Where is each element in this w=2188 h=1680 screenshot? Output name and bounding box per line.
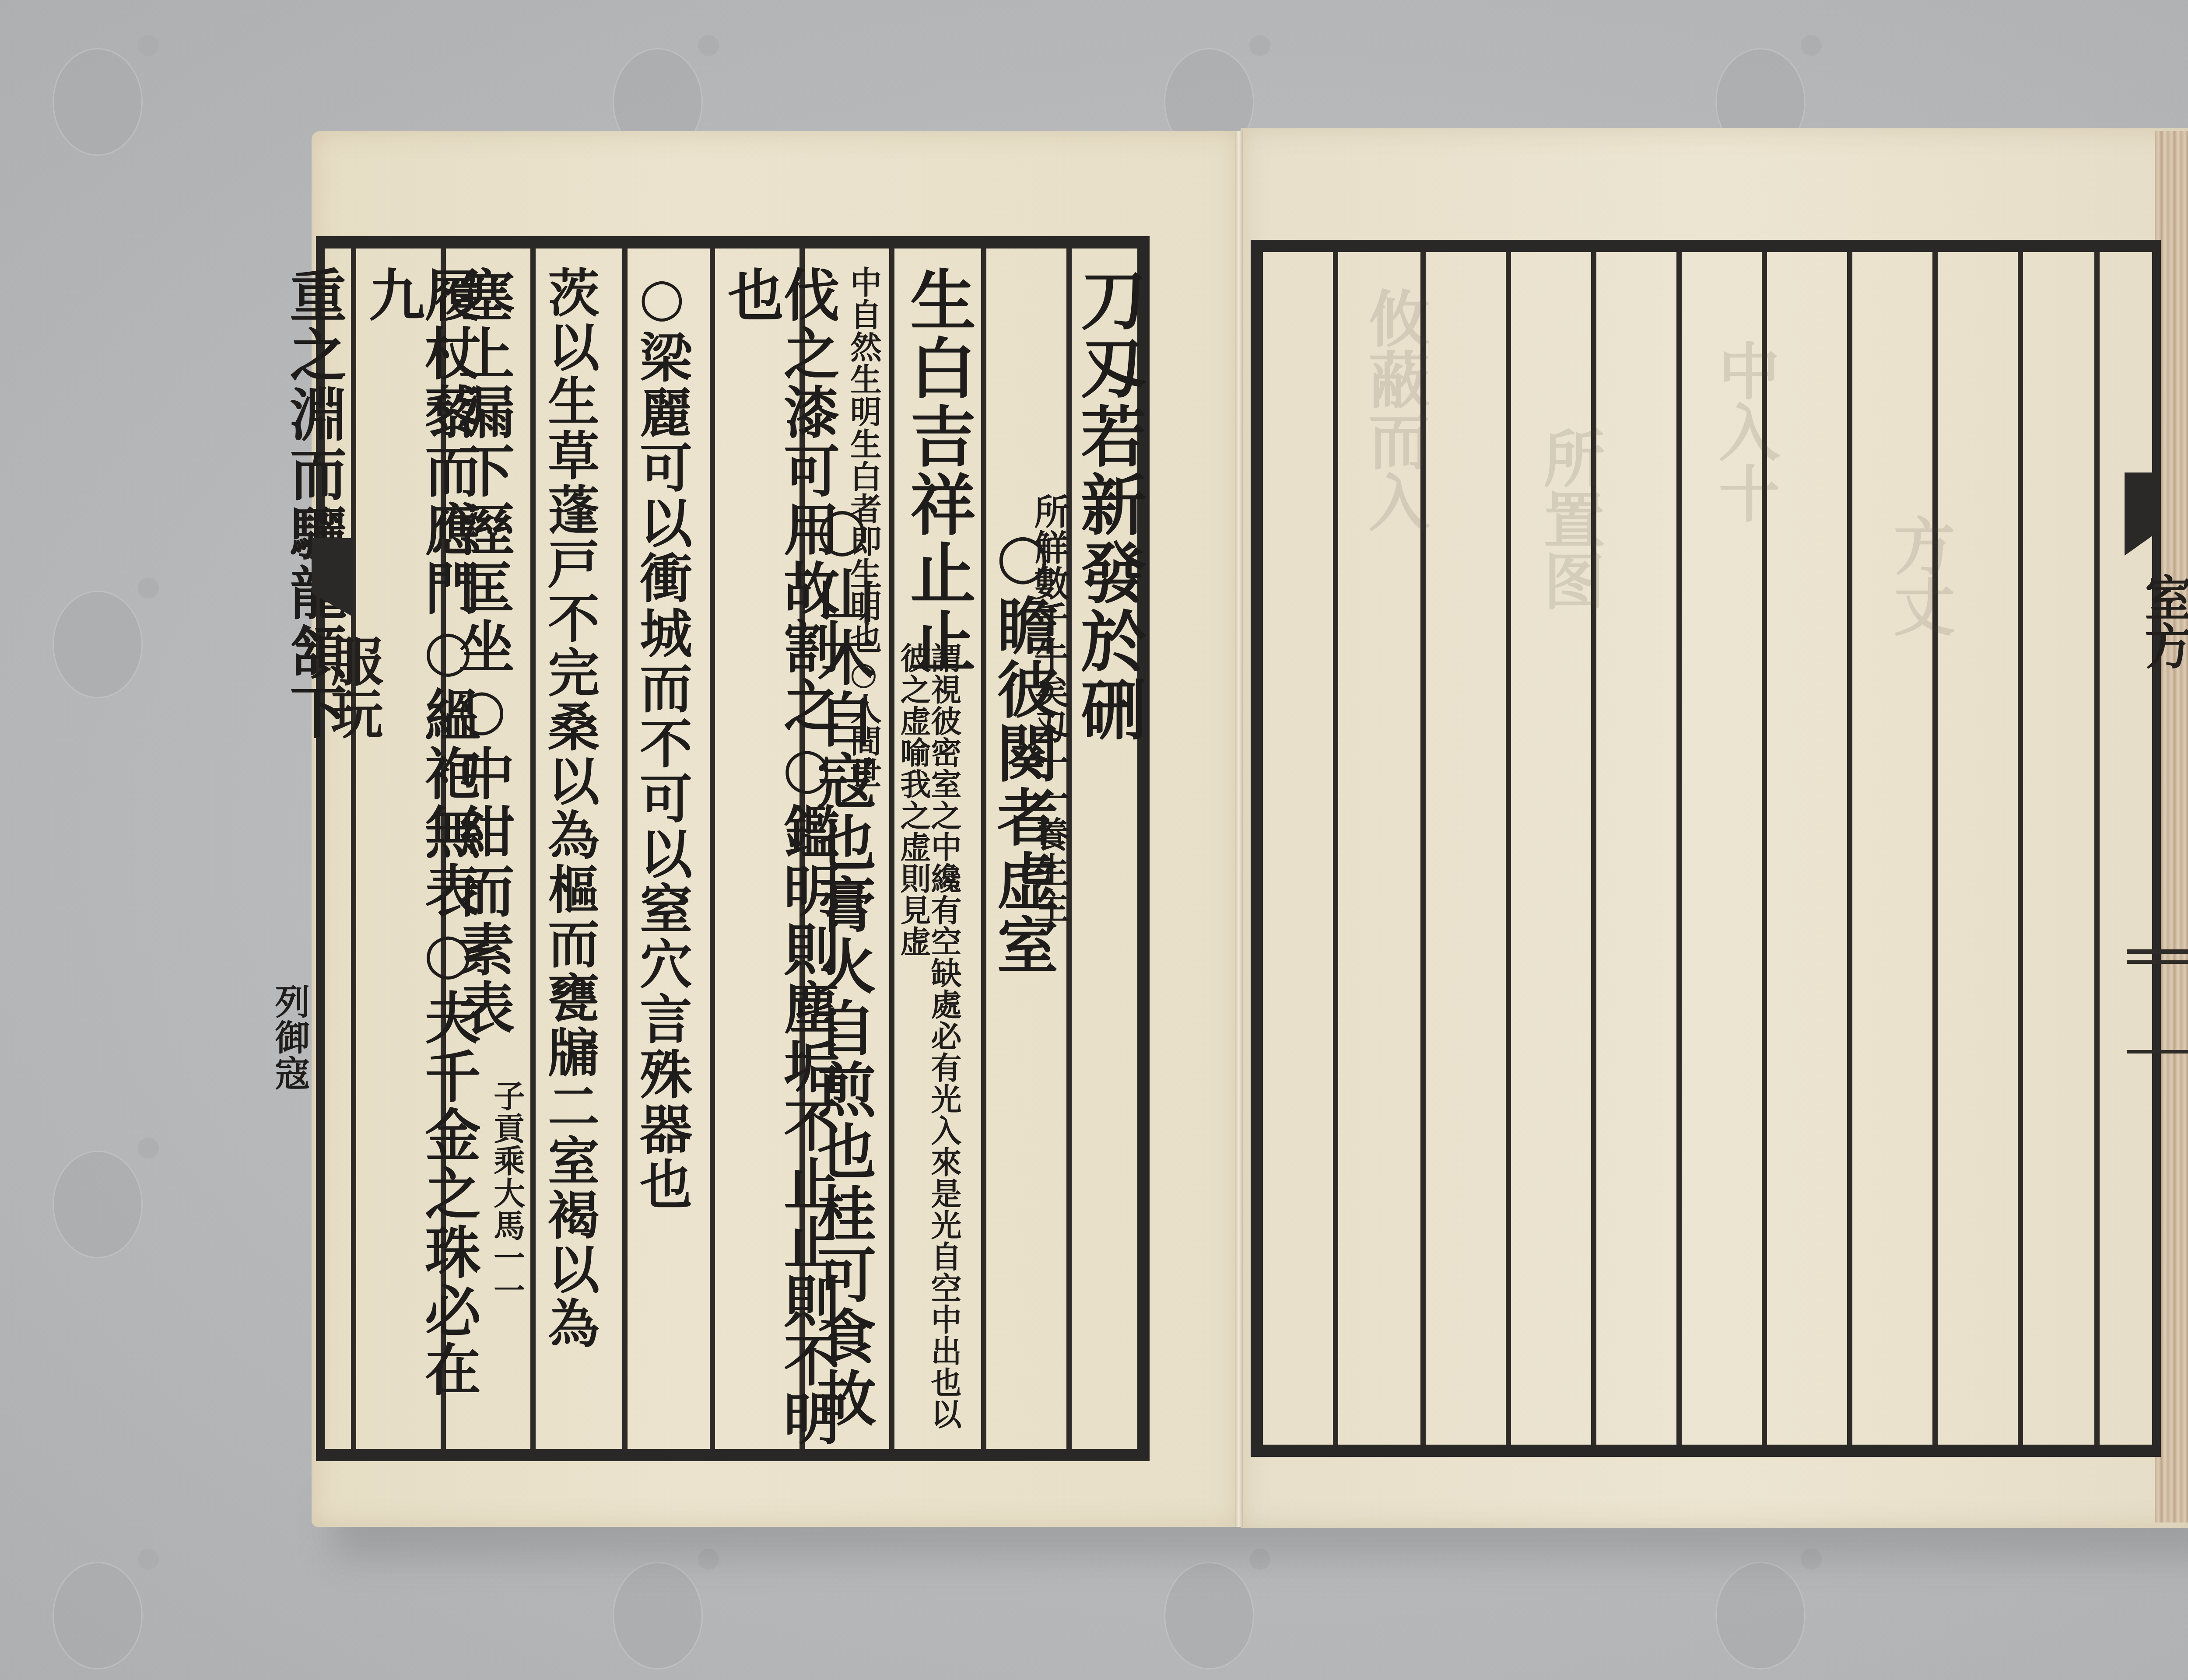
show-through-text: 中入十: [1701, 339, 1788, 523]
column-rule: [2018, 252, 2023, 1445]
watermark-logo-icon: [26, 1531, 171, 1676]
column-rule: [710, 248, 715, 1449]
text-column: 生白吉祥止止 謂視彼密室之中纔有空缺處必有光入來是光自空中出也以彼之虚喻我之虚則…: [894, 248, 981, 1449]
binding-thread: [2127, 960, 2188, 964]
column-rule: [889, 248, 894, 1449]
binding-thread: [2127, 949, 2188, 954]
column-rule: [622, 248, 628, 1449]
column-rule: [1333, 252, 1338, 1445]
text-column: 刀刄若新發於硎: [1071, 248, 1137, 1449]
text-column: 重之淵而驪龍頷下 列御寇: [272, 248, 351, 1449]
column-rule: [1676, 252, 1682, 1445]
column-rule: [530, 248, 536, 1449]
column-rule: [351, 248, 356, 1449]
right-margin-label: 室方: [2130, 573, 2188, 669]
text-column: 履杖藜而應門○縕袍無表○夫千金之珠必在九: [355, 248, 441, 1449]
show-through-text: 所置图: [1525, 427, 1613, 611]
column-rule: [2094, 252, 2100, 1445]
binding-thread: [2127, 1050, 2188, 1053]
watermark-logo-icon: [26, 560, 171, 704]
text-column: 茨以生草蓬戸不完桑以為樞而甕牖二室褐以為: [535, 248, 622, 1449]
text-column: ○瞻彼闋者虚室 所觧數千牛矣刄一一養生主: [983, 248, 1066, 1449]
show-through-text: 攸蔽而入: [1350, 287, 1438, 532]
right-text-frame: 攸蔽而入 所置图 中入十 方丈: [1251, 240, 2161, 1457]
watermark-logo-icon: [26, 17, 171, 162]
left-margin-label: 服玩: [315, 634, 390, 739]
text-column: 伐之漆可用故割之○鑑明則塵垢不止止則不明也: [714, 248, 799, 1449]
show-through-text: 方丈: [1876, 514, 1964, 637]
column-rule: [1847, 252, 1852, 1445]
left-text-frame: 刀刄若新發於硎 ○瞻彼闋者虚室 所觧數千牛矣刄一一養生主 生白吉祥止止 謂視彼密…: [316, 236, 1150, 1461]
book-gutter: [1235, 131, 1243, 1527]
column-rule: [1932, 252, 1938, 1445]
text-column: ○梁麗可以衝城而不可以窒穴言殊器也: [627, 248, 710, 1449]
watermark-logo-icon: [26, 1120, 171, 1264]
column-rule: [981, 248, 986, 1449]
column-rule: [1506, 252, 1511, 1445]
